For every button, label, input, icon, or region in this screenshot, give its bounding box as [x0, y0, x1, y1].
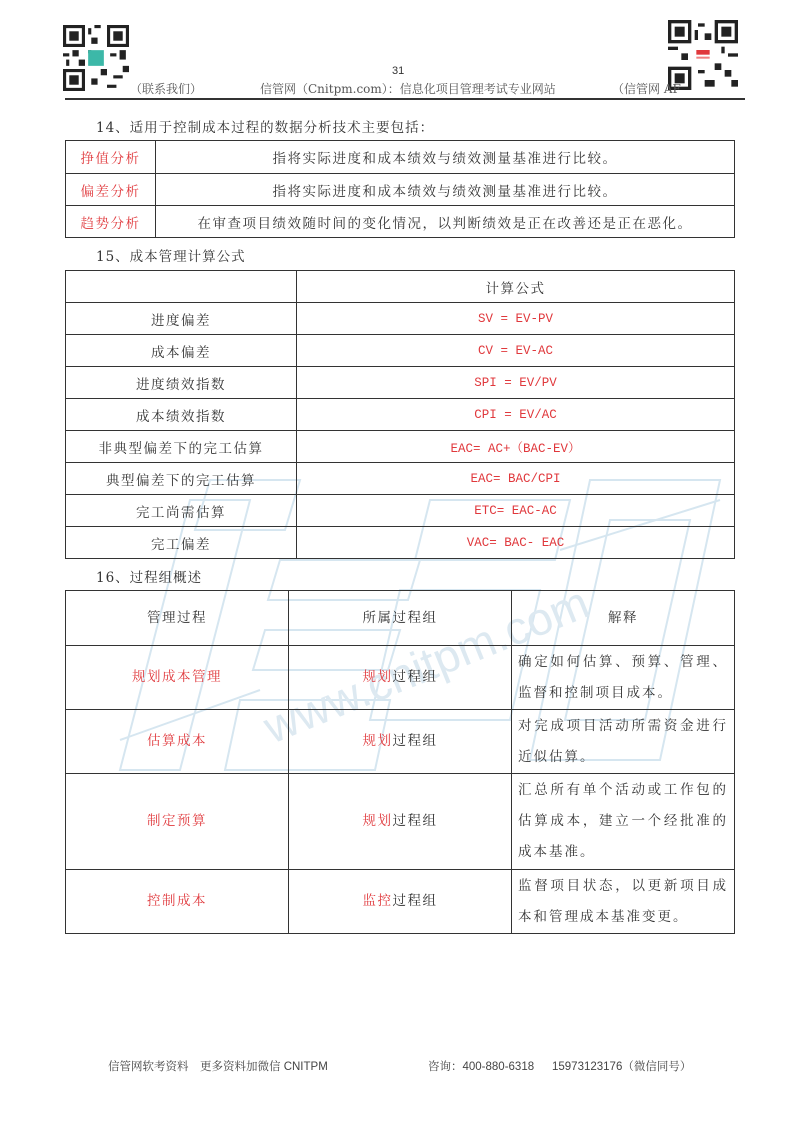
table-header-row: 计算公式: [66, 271, 735, 303]
formula: VAC= BAC- EAC: [297, 527, 735, 559]
formula: CPI = EV/AC: [297, 399, 735, 431]
table-row: 非典型偏差下的完工估算 EAC= AC+（BAC-EV）: [66, 431, 735, 463]
table-row: 制定预算 规划过程组 汇总所有单个活动或工作包的估算成本，建立一个经批准的成本基…: [66, 774, 735, 870]
explanation: 对完成项目活动所需资金进行近似估算。: [512, 710, 735, 774]
explanation: 监督项目状态，以更新项目成本和管理成本基准变更。: [512, 870, 735, 934]
group-keyword: 监控: [363, 893, 393, 909]
process-group: 规划过程组: [289, 646, 512, 710]
group-suffix: 过程组: [393, 893, 438, 909]
data-analysis-table: 挣值分析 指将实际进度和成本绩效与绩效测量基准进行比较。 偏差分析 指将实际进度…: [65, 140, 735, 238]
explanation: 确定如何估算、预算、管理、监督和控制项目成本。: [512, 646, 735, 710]
table-row: 趋势分析 在审查项目绩效随时间的变化情况，以判断绩效是正在改善还是正在恶化。: [66, 206, 735, 238]
formula: SV = EV-PV: [297, 303, 735, 335]
column-header: 所属过程组: [289, 591, 512, 646]
table-row: 成本绩效指数 CPI = EV/AC: [66, 399, 735, 431]
table-row: 完工尚需估算 ETC= EAC-AC: [66, 495, 735, 527]
formula: EAC= AC+（BAC-EV）: [297, 431, 735, 463]
explanation: 汇总所有单个活动或工作包的估算成本，建立一个经批准的成本基准。: [512, 774, 735, 870]
header-divider: [65, 98, 745, 100]
term-cell: 挣值分析: [66, 141, 156, 174]
process-group-table: 管理过程 所属过程组 解释 规划成本管理 规划过程组 确定如何估算、预算、管理、…: [65, 590, 735, 934]
footer-resource-label: 信管网软考资料: [108, 1058, 189, 1074]
table-row: 挣值分析 指将实际进度和成本绩效与绩效测量基准进行比较。: [66, 141, 735, 174]
section14-heading: 14、适用于控制成本过程的数据分析技术主要包括：: [96, 116, 434, 136]
formula: EAC= BAC/CPI: [297, 463, 735, 495]
column-header: 管理过程: [66, 591, 289, 646]
process-name: 规划成本管理: [66, 646, 289, 710]
group-suffix: 过程组: [393, 733, 438, 749]
process-group: 规划过程组: [289, 710, 512, 774]
footer-consult-phone: 咨询：400-880-6318: [428, 1058, 534, 1074]
qr-code-icon: [63, 25, 129, 91]
group-suffix: 过程组: [393, 669, 438, 685]
metric-name: 典型偏差下的完工估算: [66, 463, 297, 495]
table-row: 完工偏差 VAC= BAC- EAC: [66, 527, 735, 559]
table-row: 典型偏差下的完工估算 EAC= BAC/CPI: [66, 463, 735, 495]
process-name: 控制成本: [66, 870, 289, 934]
footer-mobile: 15973123176（微信同号）: [552, 1058, 691, 1074]
metric-name: 成本偏差: [66, 335, 297, 367]
table-row: 偏差分析 指将实际进度和成本绩效与绩效测量基准进行比较。: [66, 174, 735, 206]
header-contact-label: （联系我们）: [130, 80, 202, 97]
column-header: [66, 271, 297, 303]
header-site-title: 信管网（Cnitpm.com）：信息化项目管理考试专业网站: [260, 80, 556, 97]
table-row: 进度绩效指数 SPI = EV/PV: [66, 367, 735, 399]
process-name: 估算成本: [66, 710, 289, 774]
desc-cell: 指将实际进度和成本绩效与绩效测量基准进行比较。: [156, 141, 735, 174]
table-row: 控制成本 监控过程组 监督项目状态，以更新项目成本和管理成本基准变更。: [66, 870, 735, 934]
process-name: 制定预算: [66, 774, 289, 870]
term-cell: 趋势分析: [66, 206, 156, 238]
cost-formula-table: 计算公式 进度偏差 SV = EV-PV 成本偏差 CV = EV-AC 进度绩…: [65, 270, 735, 559]
metric-name: 完工偏差: [66, 527, 297, 559]
group-keyword: 规划: [363, 733, 393, 749]
formula: ETC= EAC-AC: [297, 495, 735, 527]
process-group: 规划过程组: [289, 774, 512, 870]
metric-name: 成本绩效指数: [66, 399, 297, 431]
metric-name: 进度绩效指数: [66, 367, 297, 399]
group-suffix: 过程组: [393, 813, 438, 829]
table-row: 进度偏差 SV = EV-PV: [66, 303, 735, 335]
table-header-row: 管理过程 所属过程组 解释: [66, 591, 735, 646]
metric-name: 进度偏差: [66, 303, 297, 335]
group-keyword: 规划: [363, 669, 393, 685]
section16-heading: 16、过程组概述: [96, 566, 202, 586]
group-keyword: 规划: [363, 813, 393, 829]
desc-cell: 在审查项目绩效随时间的变化情况，以判断绩效是正在改善还是正在恶化。: [156, 206, 735, 238]
table-row: 成本偏差 CV = EV-AC: [66, 335, 735, 367]
table-row: 规划成本管理 规划过程组 确定如何估算、预算、管理、监督和控制项目成本。: [66, 646, 735, 710]
metric-name: 非典型偏差下的完工估算: [66, 431, 297, 463]
qr-code-contact[interactable]: [63, 25, 129, 91]
metric-name: 完工尚需估算: [66, 495, 297, 527]
column-header: 计算公式: [297, 271, 735, 303]
page-number: 31: [392, 65, 404, 77]
table-row: 估算成本 规划过程组 对完成项目活动所需资金进行近似估算。: [66, 710, 735, 774]
process-group: 监控过程组: [289, 870, 512, 934]
formula: CV = EV-AC: [297, 335, 735, 367]
section15-heading: 15、成本管理计算公式: [96, 245, 246, 265]
formula: SPI = EV/PV: [297, 367, 735, 399]
header-app-label: （信管网 AF: [612, 80, 681, 97]
desc-cell: 指将实际进度和成本绩效与绩效测量基准进行比较。: [156, 174, 735, 206]
column-header: 解释: [512, 591, 735, 646]
footer-wechat-label: 更多资料加微信 CNITPM: [200, 1058, 328, 1074]
term-cell: 偏差分析: [66, 174, 156, 206]
